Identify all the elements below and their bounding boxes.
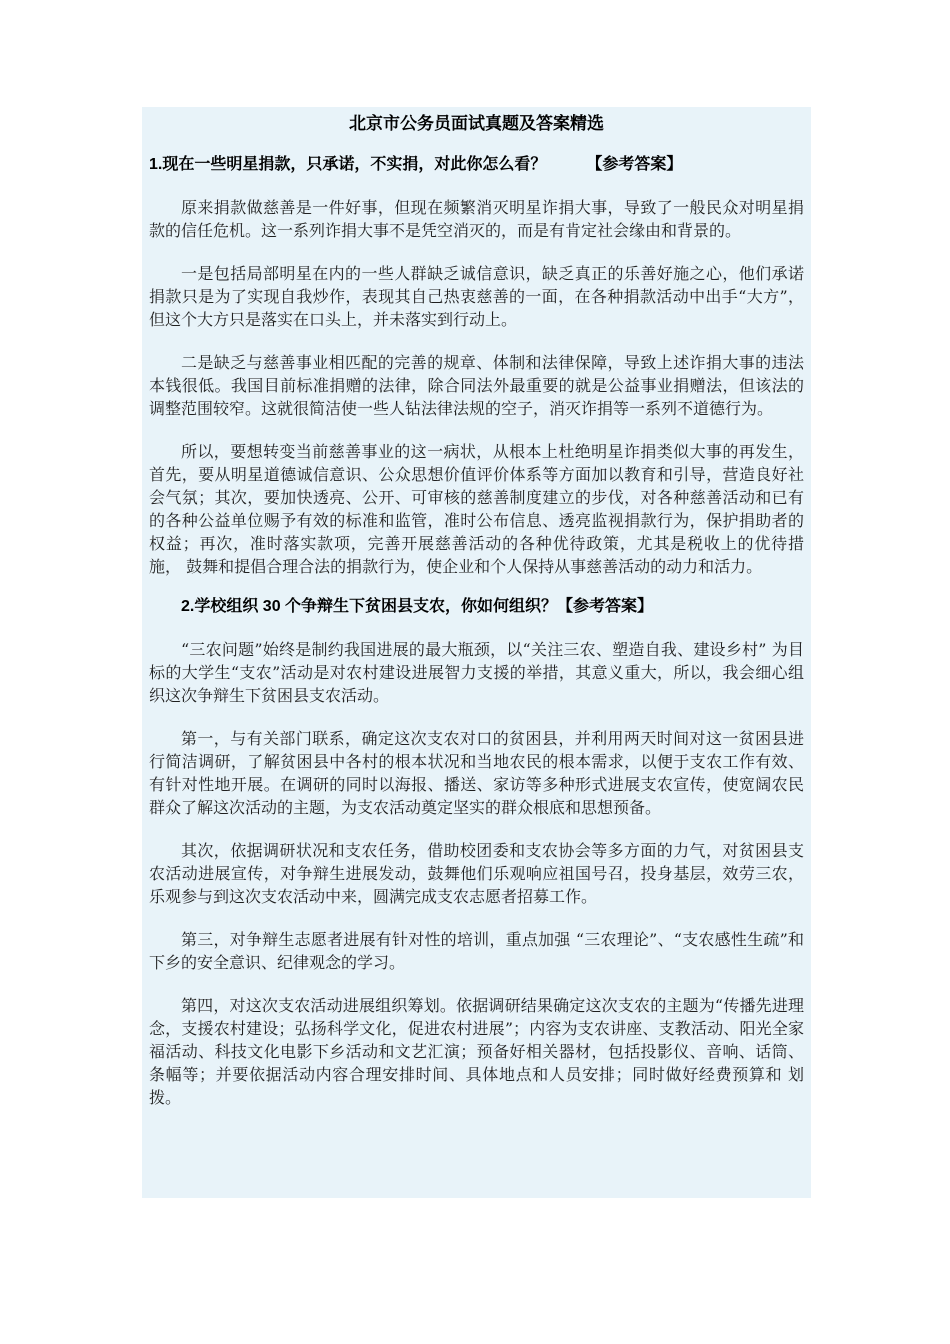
question-1-heading: 1.现在一些明星捐款，只承诺，不实捐，对此你怎么看？ 【参考答案】 [149, 153, 804, 176]
question-2-paragraph-1: “三农问题”始终是制约我国进展的最大瓶颈，以“关注三农、塑造自我、建设乡村” 为… [149, 638, 804, 707]
question-block-2: 2.学校组织 30 个争辩生下贫困县支农，你如何组织？【参考答案】 “三农问题”… [149, 595, 804, 1109]
document-content-panel: 北京市公务员面试真题及答案精选 1.现在一些明星捐款，只承诺，不实捐，对此你怎么… [142, 107, 811, 1198]
question-1-paragraph-4: 所以，要想转变当前慈善事业的这一病状，从根本上杜绝明星诈捐类似大事的再发生，首先… [149, 440, 804, 578]
question-1-paragraph-3: 二是缺乏与慈善事业相匹配的完善的规章、体制和法律保障，导致上述诈捐大事的违法本钱… [149, 351, 804, 420]
document-page: 北京市公务员面试真题及答案精选 1.现在一些明星捐款，只承诺，不实捐，对此你怎么… [0, 0, 950, 1344]
question-1-paragraph-2: 一是包括局部明星在内的一些人群缺乏诚信意识，缺乏真正的乐善好施之心，他们承诺捐款… [149, 262, 804, 331]
document-title: 北京市公务员面试真题及答案精选 [149, 112, 804, 136]
question-block-1: 1.现在一些明星捐款，只承诺，不实捐，对此你怎么看？ 【参考答案】 原来捐款做慈… [149, 153, 804, 578]
question-2-paragraph-2: 第一，与有关部门联系，确定这次支农对口的贫困县，并利用两天时间对这一贫困县进 行… [149, 727, 804, 819]
question-2-paragraph-5: 第四，对这次支农活动进展组织筹划。依据调研结果确定这次支农的主题为“传播先进理念… [149, 994, 804, 1109]
question-2-paragraph-3: 其次，依据调研状况和支农任务，借助校团委和支农协会等多方面的力气，对贫困县支 农… [149, 839, 804, 908]
question-1-paragraph-1: 原来捐款做慈善是一件好事，但现在频繁消灭明星诈捐大事，导致了一般民众对明星捐款的… [149, 196, 804, 242]
question-2-heading: 2.学校组织 30 个争辩生下贫困县支农，你如何组织？【参考答案】 [149, 595, 804, 618]
question-2-paragraph-4: 第三，对争辩生志愿者进展有针对性的培训，重点加强 “三农理论”、“支农感性生疏”… [149, 928, 804, 974]
